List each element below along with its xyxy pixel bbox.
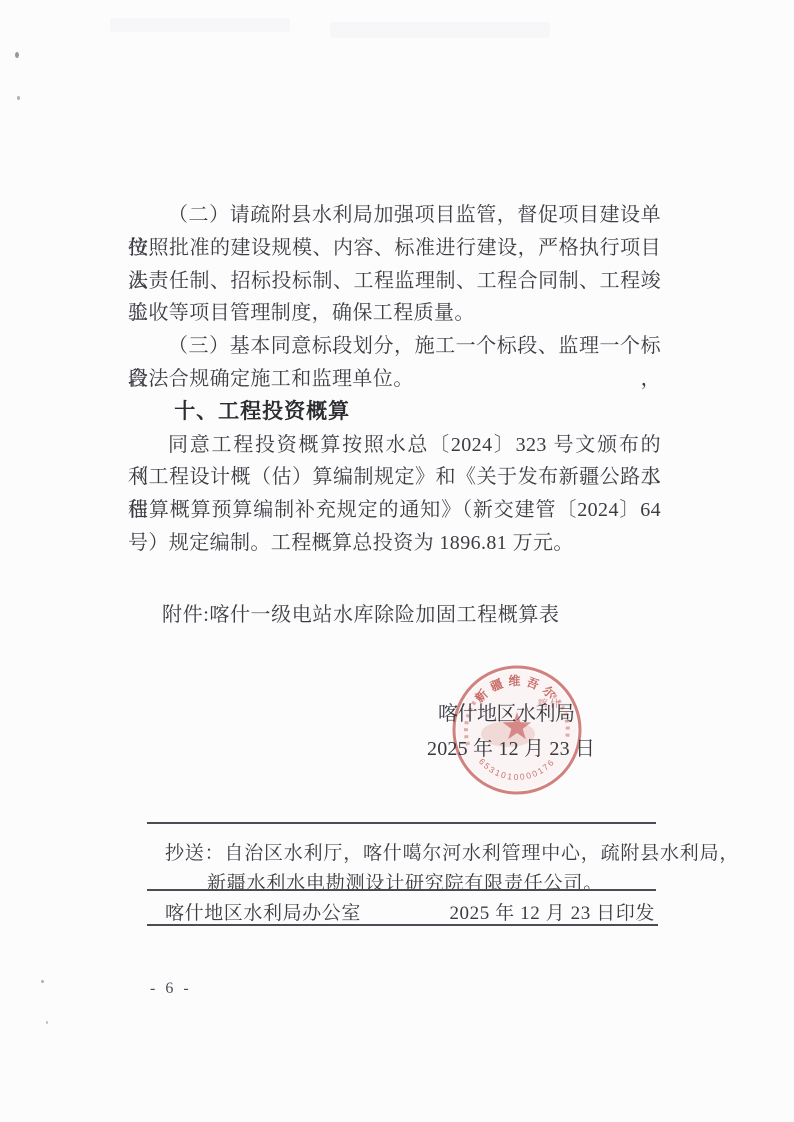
paragraph-line: 利工程设计概（估）算编制规定》和《关于发布新疆公路工程 xyxy=(128,461,661,494)
footer-top-rule xyxy=(147,822,656,824)
attachment-line: 附件:喀什一级电站水库除险加固工程概算表 xyxy=(162,598,560,627)
print-date: 2025 年 12 月 23 日印发 xyxy=(449,898,658,925)
signature-date: 2025 年 12 月 23 日 xyxy=(427,732,595,761)
cc-line: 抄送：自治区水利厅，喀什噶尔河水利管理中心，疏附县水利局， xyxy=(165,838,739,865)
paragraph-line: 人责任制、招标投标制、工程监理制、工程合同制、工程竣工 xyxy=(128,265,661,298)
scan-speck xyxy=(17,96,20,100)
footer-issuer-row: 喀什地区水利局办公室 2025 年 12 月 23 日印发 xyxy=(147,898,658,925)
signature-org: 喀什地区水利局 xyxy=(438,697,575,726)
page-number: - 6 - xyxy=(150,980,192,998)
scan-speck xyxy=(15,52,19,58)
section-heading: 十、工程投资概算 xyxy=(128,396,661,429)
scan-speck xyxy=(41,980,44,983)
paragraph-line: （三）基本同意标段划分，施工一个标段、监理一个标段， xyxy=(128,330,661,363)
paragraph-line: 估算概算预算编制补充规定的通知》（新交建管〔2024〕64 xyxy=(128,494,661,527)
footer-bottom-rule xyxy=(147,924,658,926)
paragraph-line: 同意工程投资概算按照水总〔2024〕323 号文颁布的《水 xyxy=(128,429,661,462)
paragraph-line: 号）规定编制。工程概算总投资为 1896.81 万元。 xyxy=(128,527,661,560)
scan-speck xyxy=(46,1021,48,1024)
issuing-office: 喀什地区水利局办公室 xyxy=(147,898,361,925)
official-seal: 新疆维吾尔 喀什 6531010000176 xyxy=(450,663,584,797)
paragraph-line: （二）请疏附县水利局加强项目监管，督促项目建设单位 xyxy=(128,199,661,232)
document-page: （二）请疏附县水利局加强项目监管，督促项目建设单位 按照批准的建设规模、内容、标… xyxy=(0,0,794,1122)
paragraph-line: 按照批准的建设规模、内容、标准进行建设，严格执行项目法 xyxy=(128,232,661,265)
scan-noise xyxy=(330,22,550,38)
cc-line: 新疆水利水电勘测设计研究院有限责任公司。 xyxy=(207,868,603,895)
footer-middle-rule xyxy=(147,889,656,891)
paragraph-line: 验收等项目管理制度，确保工程质量。 xyxy=(128,297,661,330)
document-body: （二）请疏附县水利局加强项目监管，督促项目建设单位 按照批准的建设规模、内容、标… xyxy=(128,199,661,560)
scan-noise xyxy=(110,18,290,32)
